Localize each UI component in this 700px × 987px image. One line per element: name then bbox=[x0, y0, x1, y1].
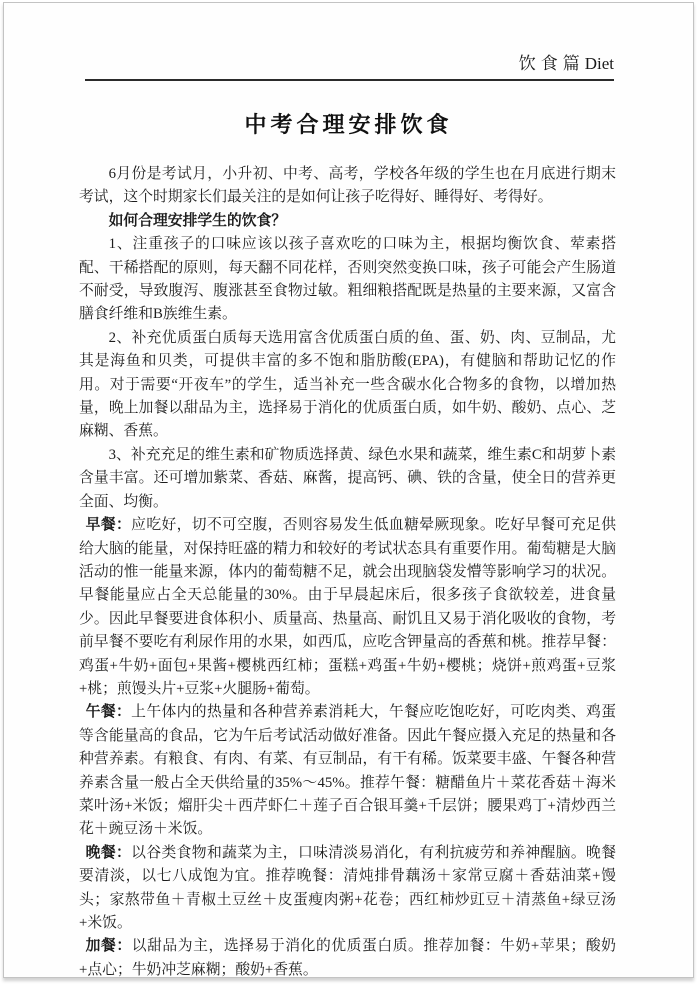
dinner-text: 以谷类食物和蔬菜为主，口味清淡易消化，有利抗疲劳和养神醒脑。晚餐要清淡，以七八成… bbox=[79, 845, 616, 931]
document-page: 饮食篇Diet 中考合理安排饮食 6月份是考试月，小升初、中考、高考，学校各年级… bbox=[3, 2, 694, 978]
header-rule bbox=[85, 79, 614, 81]
paragraph-point-2: 2、补充优质蛋白质每天选用富含优质蛋白质的鱼、蛋、奶、肉、豆制品，尤其是海鱼和贝… bbox=[79, 327, 616, 444]
paragraph-snack: 加餐：以甜品为主，选择易于消化的优质蛋白质。推荐加餐：牛奶+苹果；酸奶+点心；牛… bbox=[79, 935, 616, 982]
paragraph-breakfast: 早餐：应吃好，切不可空腹，否则容易发生低血糖晕厥现象。吃好早餐可充足供给大脑的能… bbox=[79, 514, 616, 701]
breakfast-text: 应吃好，切不可空腹，否则容易发生低血糖晕厥现象。吃好早餐可充足供给大脑的能量，对… bbox=[79, 517, 616, 697]
paragraph-point-1: 1、注重孩子的口味应该以孩子喜欢吃的口味为主，根据均衡饮食、荤素搭配、干稀搭配的… bbox=[79, 233, 616, 327]
breakfast-label: 早餐： bbox=[86, 517, 132, 533]
paragraph-dinner: 晚餐：以谷类食物和蔬菜为主，口味清淡易消化，有利抗疲劳和养神醒脑。晚餐要清淡，以… bbox=[79, 842, 616, 936]
snack-text: 以甜品为主，选择易于消化的优质蛋白质。推荐加餐：牛奶+苹果；酸奶+点心；牛奶冲芝… bbox=[79, 938, 616, 977]
paragraph-intro: 6月份是考试月，小升初、中考、高考，学校各年级的学生也在月底进行期末考试，这个时… bbox=[79, 163, 616, 210]
paragraph-question-heading: 如何合理安排学生的饮食？ bbox=[79, 210, 616, 233]
paragraph-lunch: 午餐：上午体内的热量和各种营养素消耗大，午餐应吃饱吃好，可吃肉类、鸡蛋等含能量高… bbox=[79, 701, 616, 841]
lunch-text: 上午体内的热量和各种营养素消耗大，午餐应吃饱吃好，可吃肉类、鸡蛋等含能量高的食品… bbox=[79, 704, 616, 837]
lunch-label: 午餐： bbox=[86, 704, 132, 720]
dinner-label: 晚餐： bbox=[86, 845, 132, 861]
header-section-name-english: Diet bbox=[585, 54, 614, 73]
page-header: 饮食篇Diet bbox=[79, 54, 614, 74]
header-section-name-chinese: 饮食篇 bbox=[519, 54, 585, 73]
page-title: 中考合理安排饮食 bbox=[79, 108, 618, 139]
article-body: 6月份是考试月，小升初、中考、高考，学校各年级的学生也在月底进行期末考试，这个时… bbox=[79, 163, 616, 982]
snack-label: 加餐： bbox=[86, 938, 132, 954]
paragraph-point-3: 3、补充充足的维生素和矿物质选择黄、绿色水果和蔬菜，维生素C和胡萝卜素含量丰富。… bbox=[79, 444, 616, 514]
